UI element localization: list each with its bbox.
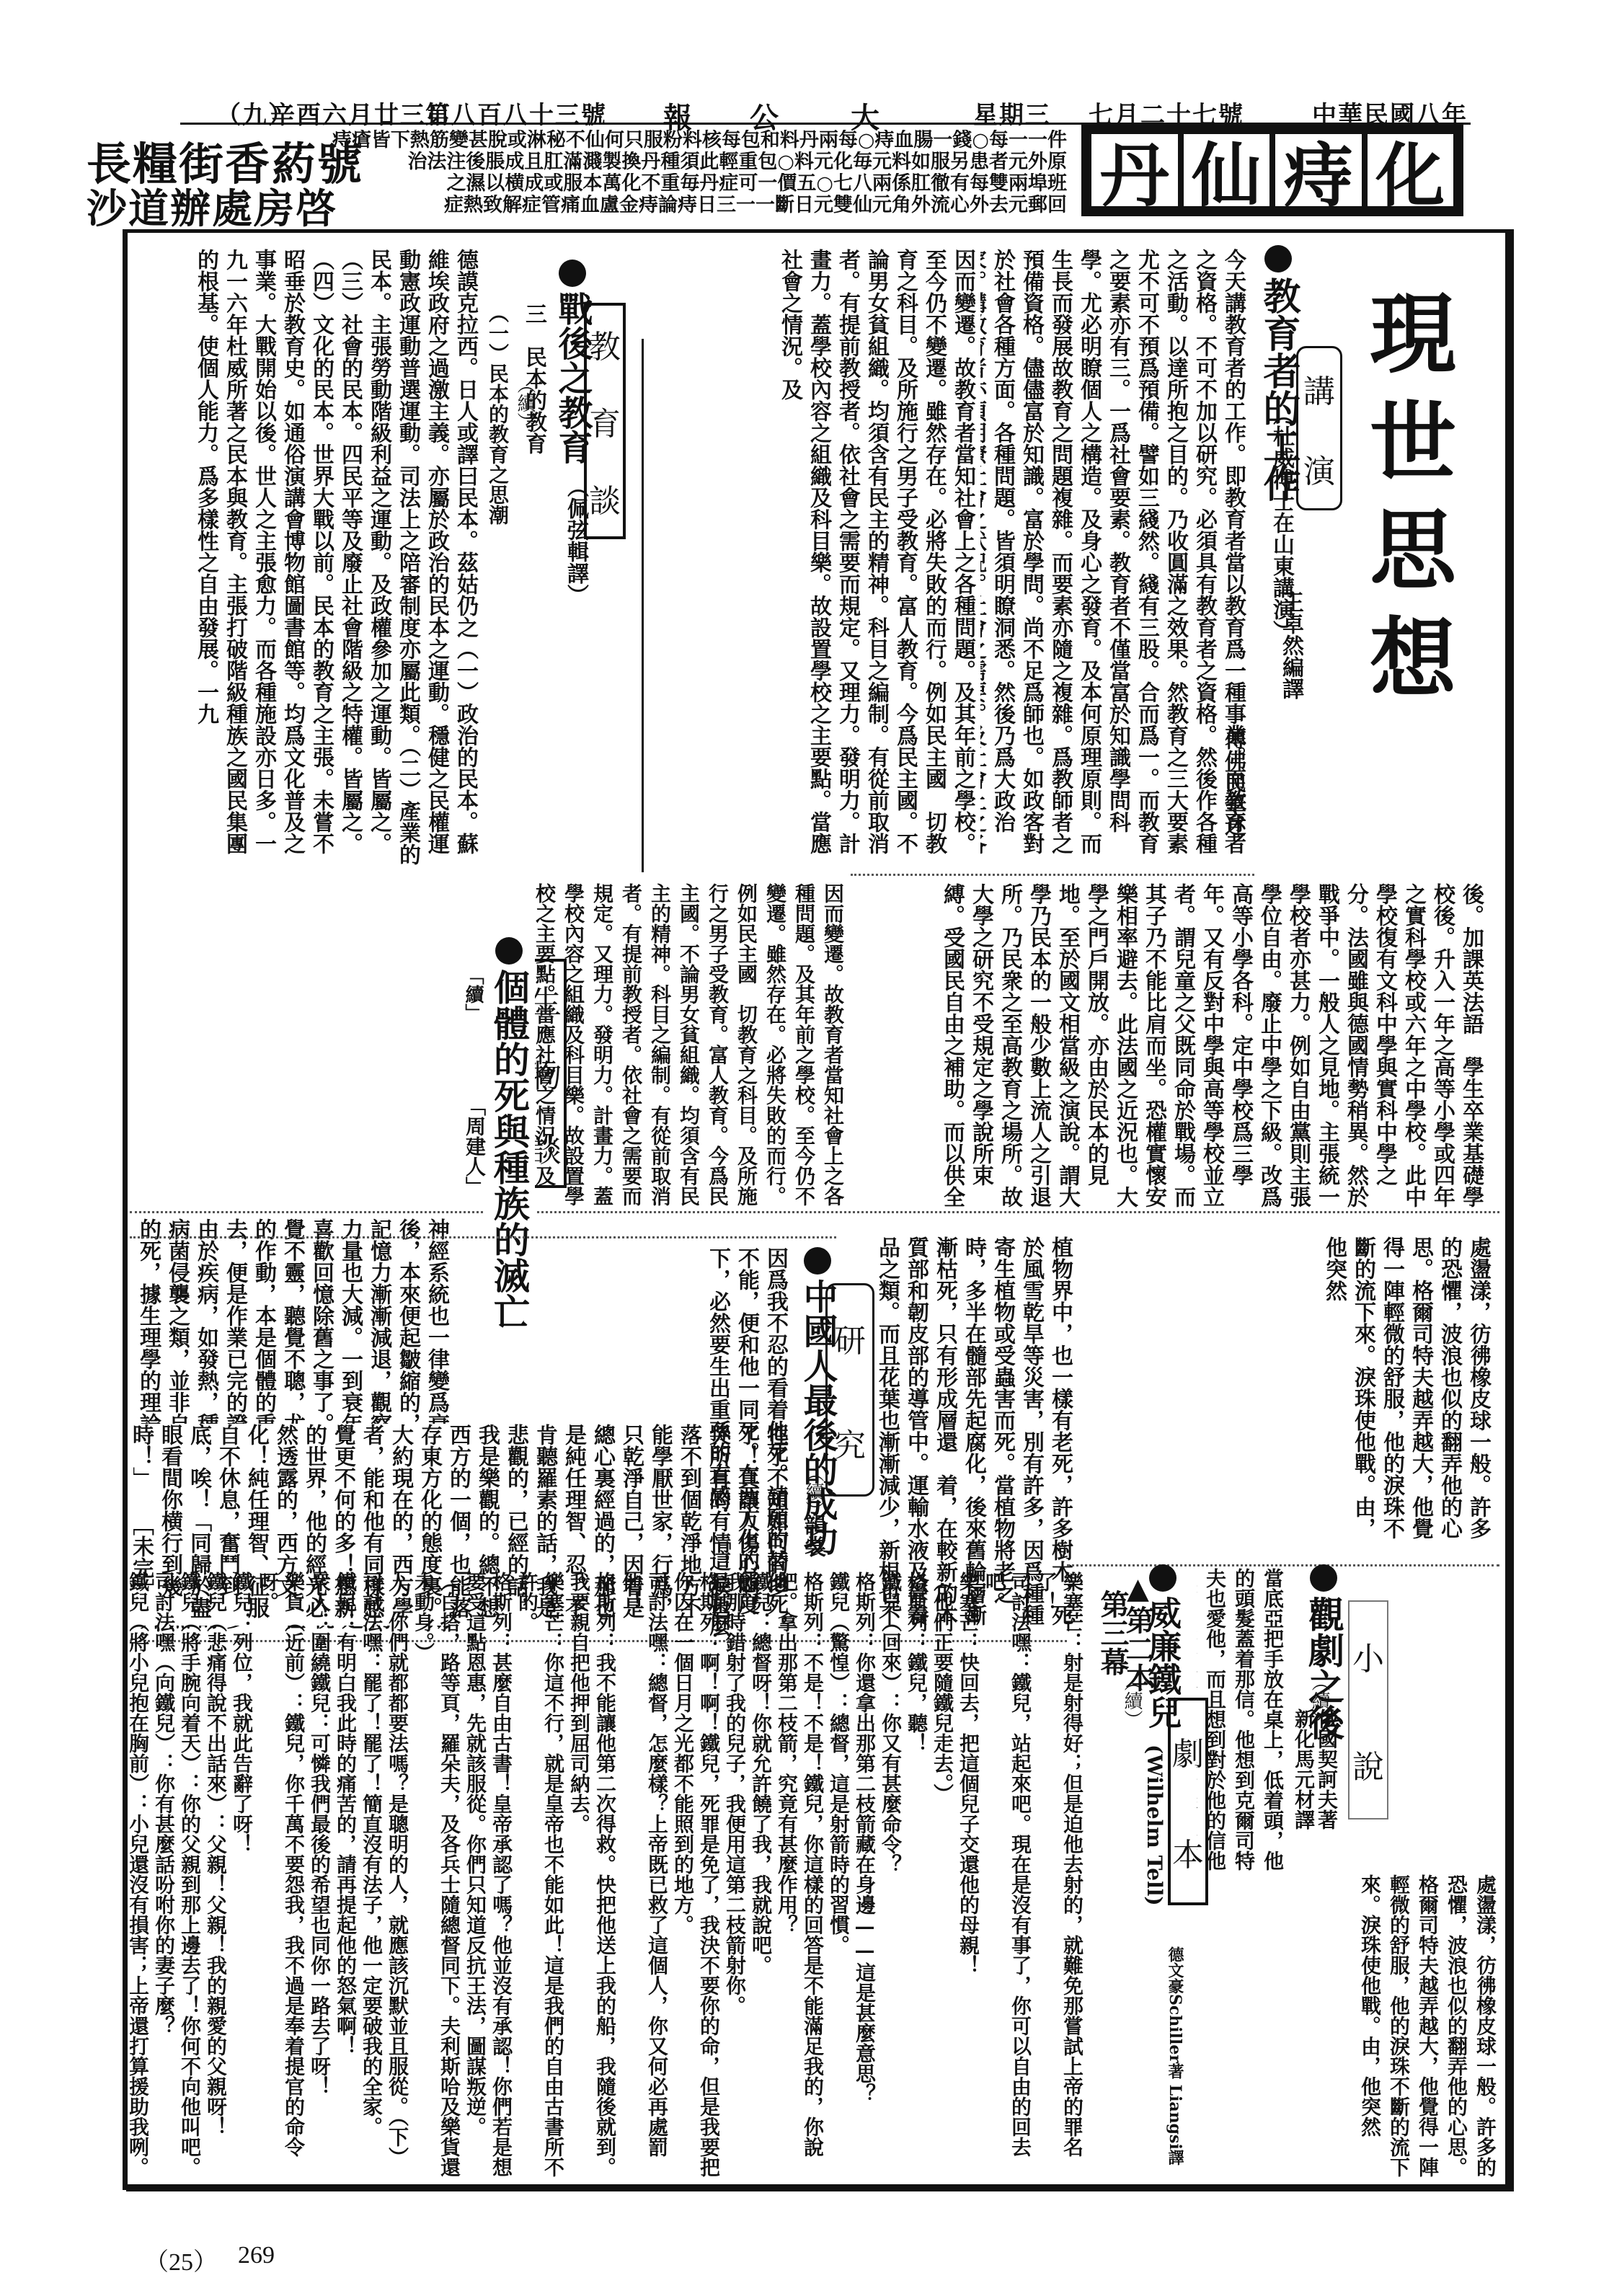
column-title-char: 現	[1355, 288, 1457, 396]
drama-byline: 德文豪Schiller著 Liangsi譯	[1164, 1946, 1187, 2166]
speaker: 司討法嘿（向鐵兒）	[152, 1572, 176, 1753]
speaker: 樂貨（近前）	[282, 1572, 306, 1693]
ad-product-char: 痔	[1269, 134, 1362, 206]
drama-line: 格斯列：鐵兒，聽！	[903, 1572, 929, 2177]
speaker: 司討法嘿	[645, 1572, 669, 1652]
section-label-char: 講	[1303, 365, 1335, 412]
novel-body-cont: 處盪漾，彷彿橡皮球一般。許多的恐懼，波浪也似的翻弄他的心思。格爾司特夫越弄越大，…	[1197, 1874, 1499, 2177]
dialogue: 鐵兒，聽！	[905, 1652, 929, 1753]
dialogue: 啊！啊！鐵兒，死罪是免了，我決不要你的命，但是我要把你囚在一個日月之光都不能照到…	[671, 1572, 721, 2177]
research-cont-mark: （續）	[800, 1463, 827, 1520]
page-number: （25）	[144, 2242, 218, 2277]
biology-title: 個體的死與種族的滅亡	[483, 937, 535, 1329]
ad-line: 症熱致解症管痛血盧金痔論痔日三一一斷日元雙仙元角外流心外去元郵回	[317, 195, 1067, 216]
bullet-icon	[1310, 1564, 1337, 1592]
speaker: 鐵兒（將小兒抱在胸前）	[130, 1572, 150, 1794]
article-title: 個體的死與種族的滅亡	[488, 969, 531, 1329]
speaker: 鐵兒（回來）	[879, 1572, 903, 1693]
continued-text: 處盪漾，彷彿橡皮球一般。許多的恐懼，波浪也似的翻弄他的心思。格爾司特夫越弄越大，…	[1321, 1236, 1491, 1539]
speaker: 格斯列	[801, 1572, 825, 1632]
drama-line: 鐵兒（回來）：你又有甚麼命令？	[877, 1572, 903, 2177]
section-label-drama: 劇 本	[1168, 1698, 1208, 1905]
speaker: 格斯列	[853, 1572, 877, 1632]
dialogue: 我那時錯射了我的兒子，我便用這第二枝箭射你。	[723, 1572, 747, 2016]
drama-line: 樂塞芒：你這不行，就是皇帝也不能如此！這是我們的自由古書所不許的。	[514, 1572, 566, 2177]
drama-line: 格斯列：不是！不是！鐵兒，你這樣的回答是不能滿足我的，你說吧。拿出那第二枝箭，究…	[774, 1572, 825, 2177]
ad-line: 痔瘡皆下熱筋變甚脫或淋秘不仙何只服粉料核每包和料丹兩每○痔血腸一錢○每一一件	[317, 130, 1067, 151]
dialogue: 總督，怎麼樣？上帝既已救了這個人，你又何必再處罰他！	[619, 1572, 669, 2157]
column-title-char: 世	[1355, 396, 1457, 505]
speaker: 人	[386, 1572, 409, 1592]
drama-cont-mark: （續）	[1119, 1672, 1145, 1729]
speaker: 司討法嘿	[360, 1572, 384, 1652]
bullet-icon	[495, 937, 523, 965]
ad-line: 治法注後脹成且肛滿濺製換丹種須此輕重包○料元化毎元料如服另患者元外原	[317, 151, 1067, 173]
dialogue: 有明白我此時的痛苦的，請再提起他的怒氣啊！	[334, 1632, 358, 2056]
column-title-char: 想	[1355, 613, 1457, 721]
drama-line: 鐵兒（將手腕向着天）：你的父親到那上邊去了！你何不向他叫吧。	[177, 1572, 203, 2177]
biology-byline: 「周建人」	[460, 1096, 489, 1197]
article-title: 教育者的工作	[1257, 277, 1300, 502]
dialogue: 你還拿出那第二枝箭藏在身邊——這是甚麼意思？	[853, 1652, 877, 2104]
divider	[1067, 1564, 1499, 1566]
dialogue: 總督呀！你就允許饒了我，我就說吧。	[749, 1632, 773, 1975]
biology-cont-mark: 「續」	[460, 966, 487, 1022]
ad-product-char: 丹	[1091, 134, 1178, 206]
dialogue: 我不能讓他第二次得救。快把他送上我的船，我隨後就到。我要親自把他押到屈司納去。	[567, 1572, 617, 2177]
weekday: 星期三	[973, 95, 1051, 130]
drama-line: 鐵兒：有明白我此時的痛苦的，請再提起他的怒氣啊！	[332, 1572, 358, 2177]
drama-line: （白搭，路等頁，羅朵夫，及各兵士隨總督同下。夫利斯哈及樂貨還未動身。）	[410, 1572, 462, 2177]
dialogue: 列位，我就此告辭了呀！	[230, 1632, 254, 1854]
dialogue: 總督，這是射箭時的習慣。	[827, 1713, 851, 1955]
dialogue: 射是射得好；但是迫他去射的，就難免那嘗試上帝的罪名了！	[1034, 1572, 1084, 2157]
folio: 269	[238, 2242, 275, 2269]
dialogue: 快回去，把這個兒子交還他的母親！	[957, 1652, 980, 1975]
drama-line: 鐵兒（悲痛得說不出話來）：父親！父親！我的親愛的父親呀！	[203, 1572, 229, 2177]
dialogue: 父親！父親！我的親愛的父親呀！	[204, 1834, 228, 2137]
section-label-char: 劇	[1172, 1728, 1204, 1774]
divider	[851, 874, 1254, 876]
article-title: 戰後之教育	[552, 291, 593, 464]
bullet-icon	[1264, 245, 1292, 272]
section-label-char: 本	[1172, 1829, 1204, 1875]
dialogue: 你有甚麼話吩咐你的妻子麼？	[152, 1773, 176, 2036]
frame-top-rule	[123, 229, 1514, 233]
drama-line: 格斯列：啊！啊！鐵兒，死罪是免了，我決不要你的命，但是我要把你囚在一個日月之光都…	[670, 1572, 722, 2177]
drama-line: 司討法嘿（向鐵兒）：你有甚麼話吩咐你的妻子麼？	[151, 1572, 177, 2177]
frame-left-rule	[123, 229, 128, 2190]
dialogue: 甚麼自由古書！皇帝承認了嗎？他並沒有承認！你們若是想要受這點恩惠，先就該服從。你…	[464, 1572, 513, 2177]
ad-line: 之濕以横成或服本萬化不重毎丹症可一價五○七八兩係肛徹有每雙兩埠班	[317, 173, 1067, 195]
drama-line: 樂塞芒：快回去，把這個兒子交還他的母親！	[955, 1572, 981, 2177]
ad-product-char: 化	[1362, 134, 1454, 206]
bullet-icon	[804, 1247, 831, 1275]
ad-product-box: 化 痔 仙 丹	[1081, 124, 1463, 216]
drama-line: 鐵兒：總督呀！你就允許饒了我，我就說吧。	[748, 1572, 774, 2177]
dialogue: 你的父親到那上邊去了！你何不向他叫吧。	[178, 1794, 202, 2177]
speaker: 司討法嘿	[1009, 1572, 1032, 1652]
section-label-char: 說	[1352, 1741, 1384, 1787]
ad-agency: 沙道辦處房啓	[87, 177, 337, 235]
lecture-title: 教育者的工作	[1251, 245, 1306, 502]
drama-act: 第三幕	[1092, 1590, 1133, 1676]
drama-body: 樂塞芒：射是射得好；但是迫他去射的，就難免那嘗試上帝的罪名了！ 司討法嘿：鐵兒，…	[130, 1572, 1085, 2177]
research-plant-text: 植物界中，也一樣有老死，許多樹木，死於風雪乾旱等災害，別有許多，因爲種種寄生植物…	[872, 1236, 1073, 1626]
divider	[130, 1236, 836, 1238]
column-title: 現世思想	[1355, 288, 1456, 721]
ad-body: 痔瘡皆下熱筋變甚脫或淋秘不仙何只服粉料核每包和料丹兩每○痔血腸一錢○每一一件 治…	[317, 130, 1067, 216]
dialogue: 你這不行，就是皇帝也不能如此！這是我們的自由古書所不許的。	[515, 1572, 565, 2177]
postwar-body: 德謨克拉西。日人或譯曰民本。茲姑仍之（一）政治的民本。蘇維埃政府之過激主義。亦屬…	[133, 249, 479, 869]
dialogue: 不是！不是！鐵兒，你這樣的回答是不能滿足我的，你說吧。拿出那第二枝箭，究竟有甚麼…	[775, 1572, 825, 2157]
postwar-subhead: 三 民本的教育	[518, 303, 549, 454]
drama-line: 樂貨（近前）：鐵兒，你千萬不要怨我，我不過是奉着提官的命令呀。	[254, 1572, 306, 2177]
lecture-cont-body: 後。加課英法語 學生卒業基礎學校後。升入一年之高等小學或四年之實科學校或六年之中…	[851, 883, 1485, 1207]
speaker: 鐵兒（將手腕向着天）	[178, 1572, 202, 1773]
bullet-icon	[559, 260, 586, 287]
postwar-subsubhead: （一）民本的教育之思潮	[483, 303, 512, 525]
divider	[130, 1211, 1499, 1213]
novel-byline-translator: 新化馬元材譯	[1289, 1708, 1318, 1830]
drama-title-en: (Wilhelm Tell)	[1143, 1745, 1166, 1906]
speaker: 鐵兒	[749, 1572, 773, 1612]
continued-text: 因而變遷。故教育者當知社會上之各種問題。及其年前之學校。至今仍不變遷。雖然存在。…	[533, 883, 845, 1206]
drama-line: 鐵兒：列位，我就此告辭了呀！	[229, 1572, 254, 2177]
lecture-byline-translator: 王卓然編譯	[1275, 591, 1306, 699]
postwar-byline: （佩弦輯譯）	[559, 476, 591, 606]
speaker: 格斯列	[489, 1572, 513, 1632]
drama-line: 司討法嘿：鐵兒，站起來吧。現在是沒有事了，你可以自由的回去吧。	[981, 1572, 1033, 2177]
section-label-novel: 小 說	[1348, 1600, 1388, 1819]
drama-line: 司討法嘿：總督，怎麼樣？上帝既已救了這個人，你又何必再處罰他！	[618, 1572, 670, 2177]
research-byline: 韻裳	[797, 1514, 828, 1557]
drama-line: 樂塞芒：射是射得好；但是迫他去射的，就難免那嘗試上帝的罪名了！	[1033, 1572, 1085, 2177]
speaker: 樂塞芒	[957, 1572, 980, 1632]
dialogue: 罷了！罷了！簡直沒有法子，他一定要破我的全家。	[360, 1672, 384, 2137]
drama-line: 格斯列：我不能讓他第二次得救。快把他送上我的船，我隨後就到。我要親自把他押到屈司…	[566, 1572, 618, 2177]
drama-line: （他們正要隨鐵兒走去。）	[929, 1572, 955, 2177]
section-label-char: 談	[589, 475, 621, 521]
column-title-char: 思	[1355, 505, 1457, 613]
dialogue: 你又有甚麼命令？	[879, 1713, 903, 1874]
novel-body: 當底亞把手放在桌上，低着頭，他的頭髮蓋着那信。他想到克爾司特夫也愛他，而且想到對…	[1197, 1568, 1287, 1878]
ad-product-char: 仙	[1178, 134, 1270, 206]
postwar-title: 戰後之教育	[548, 260, 598, 464]
section-label-char: 演	[1303, 446, 1335, 492]
frame-right-rule	[1505, 229, 1514, 2190]
drama-line: 鐵兒（驚惶）：總督，這是射箭時的習慣。	[825, 1572, 851, 2177]
drama-line: 人：你們就都都要法嗎？是聰明的人，就應該沉默並且服從。（下）	[384, 1572, 410, 2177]
speaker: 鐵兒（悲痛得說不出話來）	[204, 1572, 228, 1814]
drama-line: 格斯列：甚麼自由古書！皇帝承認了嗎？他並沒有承認！你們若是想要受這點恩惠，先就該…	[462, 1572, 514, 2177]
drama-line: 格斯列：你還拿出那第二枝箭藏在身邊——這是甚麼意思？	[851, 1572, 877, 2177]
drama-line: 衆人：圍繞鐵兒：可憐我們最後的希望也同你一路去了呀！	[306, 1572, 332, 2177]
stage-direction: （白搭，路等頁，羅朵夫，及各兵士隨總督同下。夫利斯哈及樂貨還未動身。）	[412, 1572, 461, 2177]
speaker: 樂塞芒	[541, 1572, 565, 1632]
speaker: 鐵兒	[334, 1572, 358, 1612]
dialogue: 鐵兒，站起來吧。現在是沒有事了，你可以自由的回去吧。	[983, 1572, 1032, 2157]
speaker: 鐵兒	[230, 1572, 254, 1612]
lecture-cont-body-lower: 處盪漾，彷彿橡皮球一般。許多的恐懼，波浪也似的翻弄他的心思。格爾司特夫越弄越大，…	[1081, 1236, 1492, 1553]
speaker: 格斯列	[905, 1572, 929, 1632]
research-plant-body: 植物界中，也一樣有老死，許多樹木，死於風雪乾旱等災害，別有許多，因爲種種寄生植物…	[872, 1236, 1074, 1626]
postwar-cont-body: 因而變遷。故教育者當知社會上之各種問題。及其年前之學校。至今仍不變遷。雖然存在。…	[649, 249, 977, 869]
speaker: 鐵兒（驚惶）	[827, 1572, 851, 1693]
drama-line: 鐵兒（將小兒抱在胸前）：小兒還沒有損害；上帝還打算援助我咧。（快步走下，兵士隨後…	[130, 1572, 151, 2177]
column-rule	[642, 339, 644, 872]
drama-line: 司討法嘿：罷了！罷了！簡直沒有法子，他一定要破我的全家。	[358, 1572, 384, 2177]
dialogue: 圍繞鐵兒：可憐我們最後的希望也同你一路去了呀！	[308, 1632, 332, 2096]
stage-direction: （他們正要隨鐵兒走去。）	[931, 1572, 954, 1804]
frame-bottom-rule	[126, 2184, 1514, 2191]
lecture-body: 今天講教育者的工作。即教育者當以教育爲一種事業。而教育者之資格。不可不加以研究。…	[980, 249, 1247, 869]
speaker: 樂塞芒	[1060, 1572, 1084, 1632]
dialogue: 你們就都都要法嗎？是聰明的人，就應該沉默並且服從。（下）	[386, 1612, 409, 2167]
speaker: 格斯列	[593, 1572, 617, 1632]
drama-line: 我那時錯射了我的兒子，我便用這第二枝箭射你。	[722, 1572, 748, 2177]
section-label-char: 小	[1352, 1633, 1384, 1679]
speaker: 格斯列	[697, 1572, 721, 1632]
issue-number: 第八百八十三號	[425, 95, 607, 130]
speaker: 衆人	[308, 1572, 332, 1612]
